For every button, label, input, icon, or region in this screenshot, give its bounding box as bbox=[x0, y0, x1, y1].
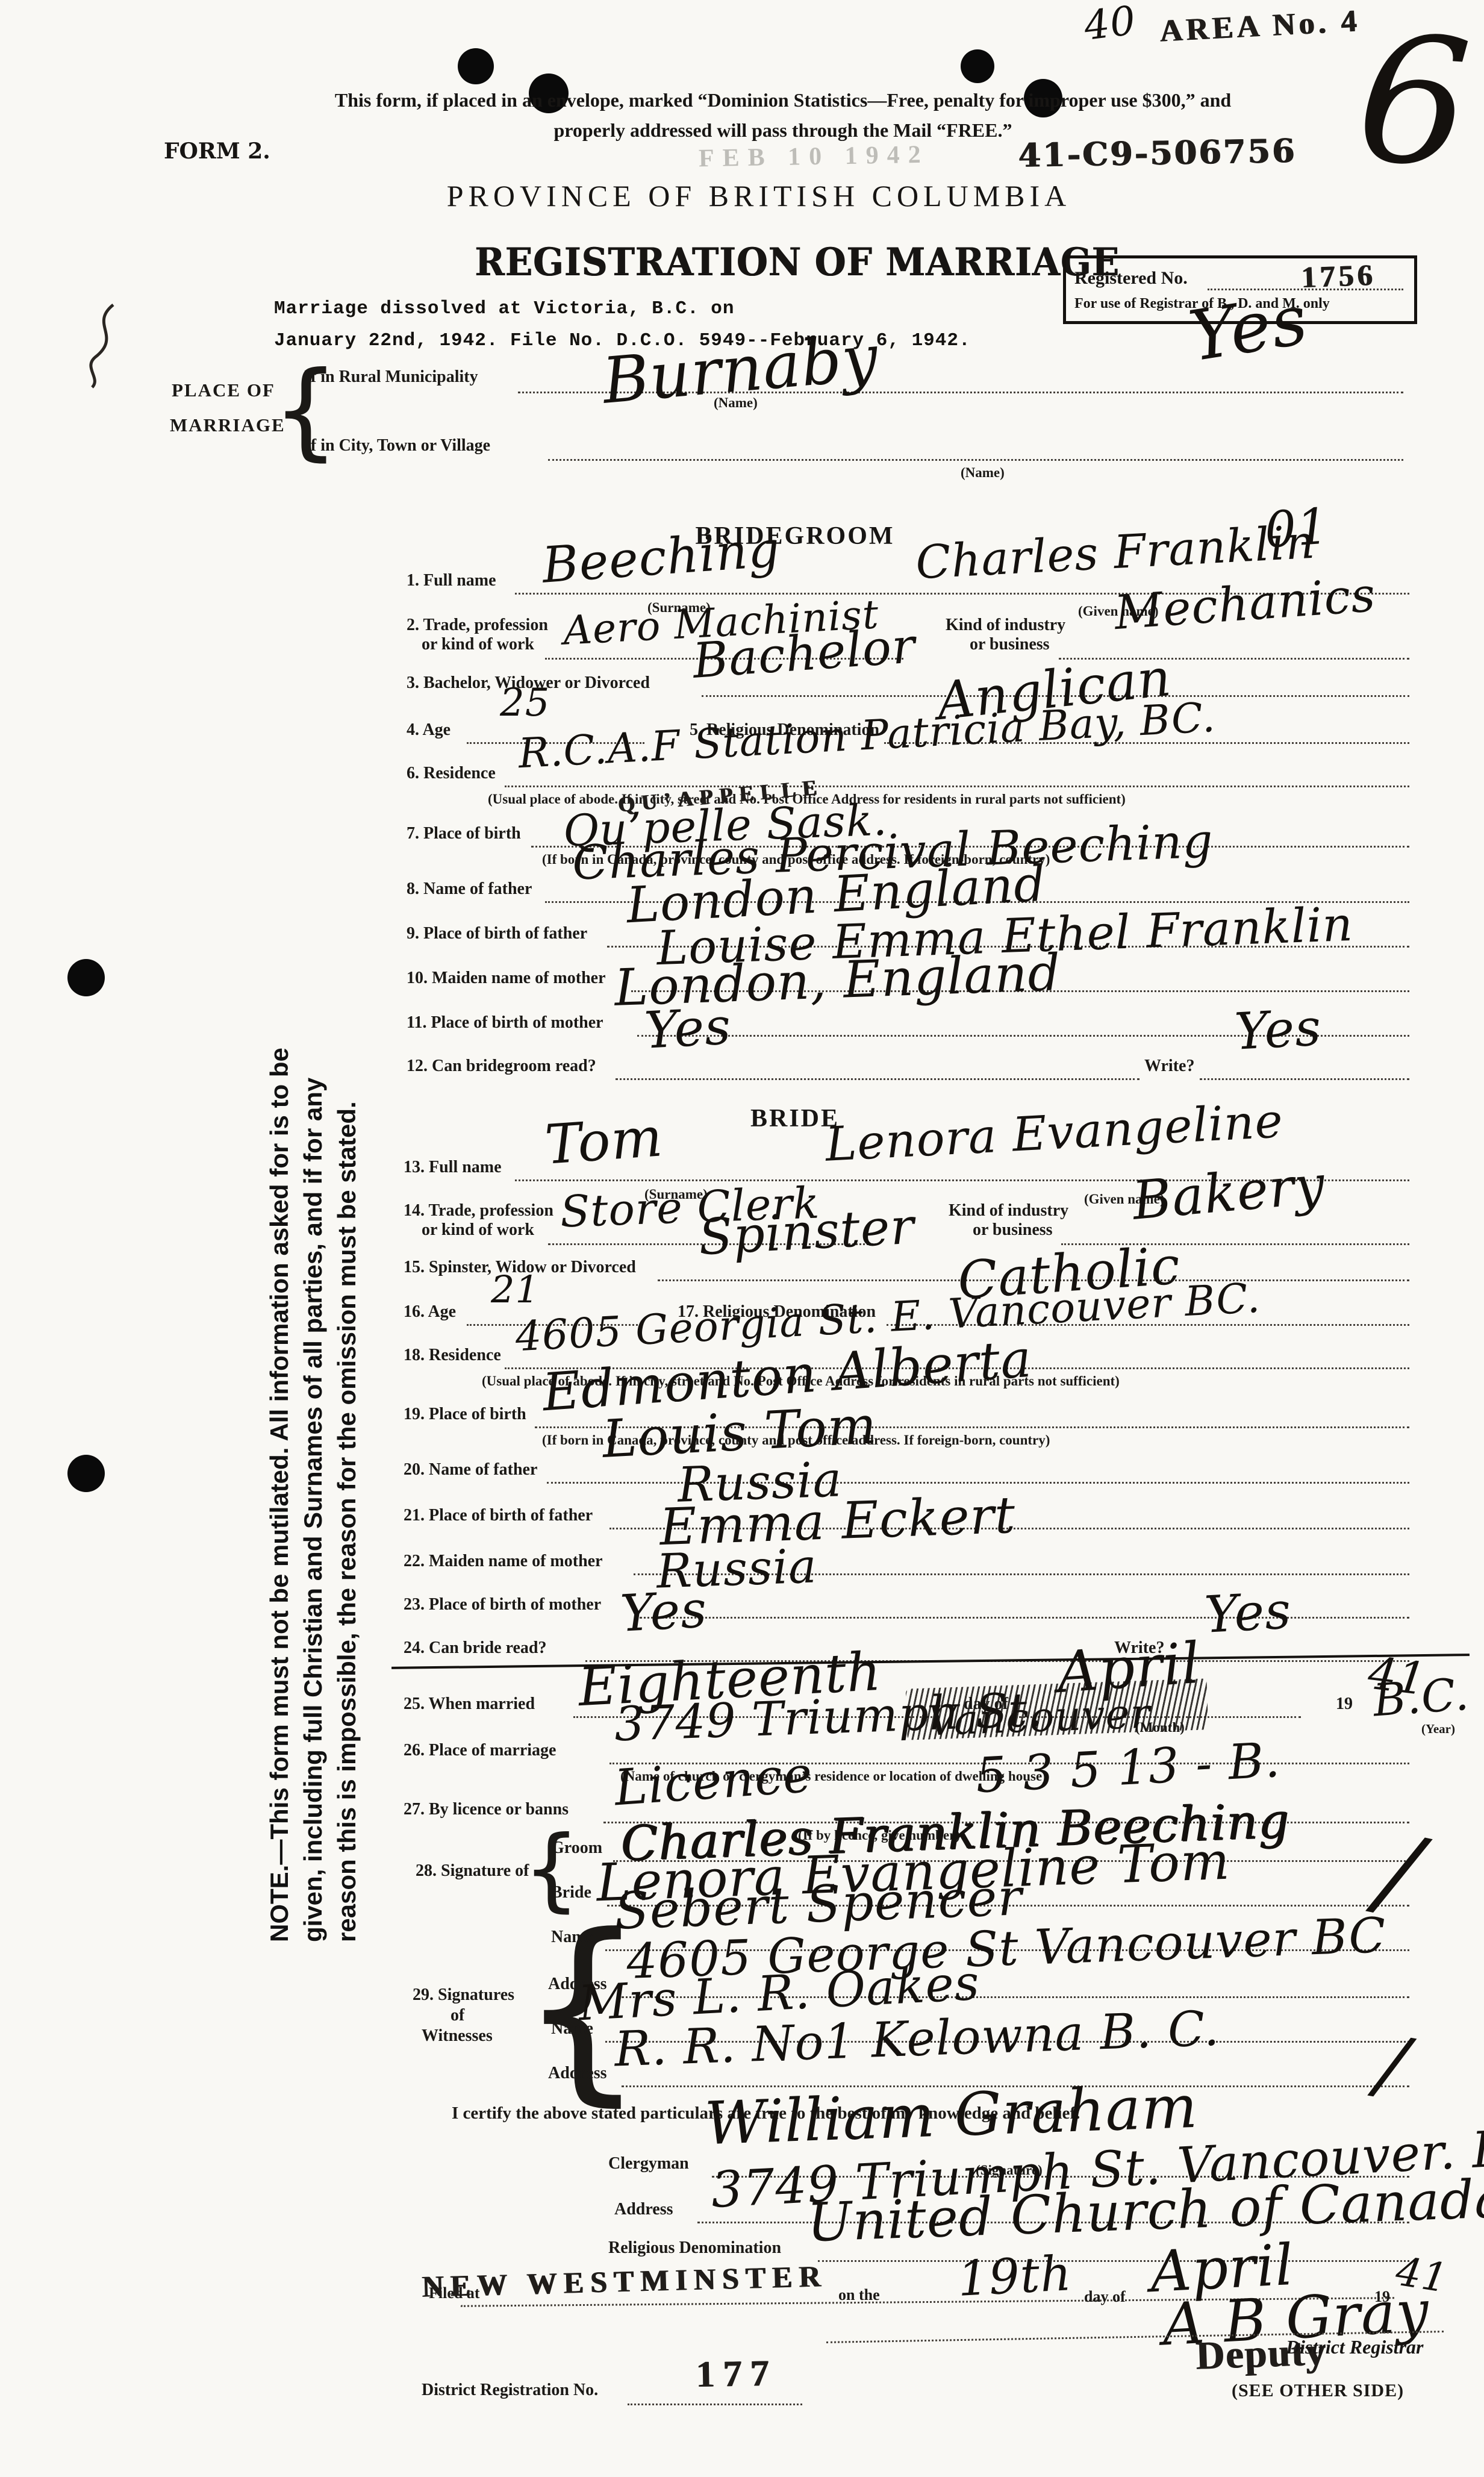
hole-punch bbox=[67, 959, 105, 996]
year-sub: (Year) bbox=[1421, 1722, 1455, 1737]
br-father-birth-label: 21. Place of birth of father bbox=[404, 1506, 593, 1525]
on-the-label: on the bbox=[838, 2286, 880, 2304]
typed-note-line1: Marriage dissolved at Victoria, B.C. on bbox=[274, 298, 735, 319]
main-title: REGISTRATION OF MARRIAGE bbox=[475, 240, 1120, 285]
licence-value: Licence bbox=[613, 1746, 814, 1817]
br-fullname-label: 13. Full name bbox=[404, 1158, 502, 1177]
br-read-value: Yes bbox=[619, 1579, 709, 1643]
bg-trade-label1: 2. Trade, profession bbox=[407, 616, 548, 635]
dotted-line bbox=[505, 786, 1409, 787]
br-mother-label: 22. Maiden name of mother bbox=[404, 1552, 603, 1571]
dotted-line bbox=[548, 459, 1403, 461]
denomination-label: Religious Denomination bbox=[608, 2238, 781, 2258]
bg-industry-value: Mechanics bbox=[1112, 568, 1377, 640]
bg-read-value: Yes bbox=[643, 996, 733, 1060]
see-other-side: (SEE OTHER SIDE) bbox=[1232, 2381, 1404, 2401]
place-province-value: B.C. bbox=[1371, 1669, 1471, 1727]
mail-notice-line1: This form, if placed in an envelope, mar… bbox=[253, 89, 1313, 111]
bg-age-label: 4. Age bbox=[407, 720, 450, 740]
dotted-line bbox=[1200, 1078, 1409, 1080]
side-note-line2: given, including full Christian and Surn… bbox=[296, 858, 330, 1942]
margin-scrawl: Yes bbox=[1184, 279, 1314, 377]
dotted-line bbox=[628, 2404, 802, 2405]
bg-fullname-label: 1. Full name bbox=[407, 571, 496, 590]
bg-age-value: 25 bbox=[500, 681, 550, 725]
district-registration-label: District Registration No. bbox=[422, 2381, 598, 2400]
dotted-line bbox=[818, 2260, 1409, 2262]
year-prefix: 19 bbox=[1336, 1695, 1353, 1714]
faint-date-stamp: FEB 10 1942 bbox=[699, 140, 929, 173]
clergyman-label: Clergyman bbox=[608, 2154, 689, 2173]
bg-write-value: Yes bbox=[1233, 998, 1323, 1061]
pen-stroke: / bbox=[1371, 2017, 1414, 2112]
pen-scribble bbox=[77, 300, 131, 390]
br-father-label: 20. Name of father bbox=[404, 1460, 537, 1479]
witnesses-label2: of bbox=[450, 2006, 464, 2025]
br-mother-birth-label: 23. Place of birth of mother bbox=[404, 1595, 601, 1614]
new-westminster-stamp: NEW WESTMINSTER bbox=[421, 2258, 827, 2304]
marriage-registration-document: 40 AREA No. 4 6 This form, if placed in … bbox=[0, 0, 1484, 2477]
bg-birthplace-label: 7. Place of birth bbox=[407, 824, 521, 843]
ink-blob bbox=[458, 48, 494, 84]
bg-father-birth-label: 9. Place of birth of father bbox=[407, 924, 587, 943]
br-residence-label: 18. Residence bbox=[404, 1346, 501, 1365]
br-industry-value: Bakery bbox=[1130, 1153, 1327, 1232]
br-write-value: Yes bbox=[1203, 1581, 1293, 1644]
side-note-line3: reason this is impossible, the reason fo… bbox=[330, 858, 364, 1942]
bg-read-label: 12. Can bridegroom read? bbox=[407, 1057, 596, 1076]
rural-name-sub: (Name) bbox=[714, 395, 758, 411]
witness1-name-label: Name bbox=[551, 1928, 593, 1947]
district-registration-value: 177 bbox=[695, 2352, 777, 2396]
br-birthplace-label: 19. Place of birth bbox=[404, 1405, 526, 1424]
form-number: FORM 2. bbox=[164, 139, 270, 164]
side-note-line1: NOTE.—This form must not be mutilated. A… bbox=[263, 858, 296, 1942]
place-of-marriage-label: 26. Place of marriage bbox=[404, 1741, 556, 1760]
clergyman-address-label: Address bbox=[614, 2200, 673, 2219]
bg-industry-label2: or business bbox=[970, 635, 1050, 654]
br-trade-label1: 14. Trade, profession bbox=[404, 1201, 553, 1220]
br-status-value: Spinster bbox=[697, 1198, 916, 1267]
br-industry-label2: or business bbox=[973, 1220, 1053, 1240]
city-town-village-label: If in City, Town or Village bbox=[304, 436, 490, 455]
bg-trade-label2: or kind of work bbox=[422, 635, 534, 654]
witnesses-label1: 29. Signatures bbox=[413, 1985, 514, 2005]
bg-father-label: 8. Name of father bbox=[407, 879, 532, 899]
br-age-value: 21 bbox=[491, 1267, 540, 1311]
br-read-label: 24. Can bride read? bbox=[404, 1638, 547, 1658]
province-title: PROVINCE OF BRITISH COLUMBIA bbox=[397, 178, 1120, 213]
groom-label: Groom bbox=[551, 1838, 602, 1858]
overstamp-scribble bbox=[906, 1678, 1209, 1740]
bg-surname-value: Beeching bbox=[540, 520, 782, 594]
witness2-address-label: Address bbox=[548, 2064, 607, 2083]
rural-municipality-label: If in Rural Municipality bbox=[304, 367, 478, 387]
serial-number-stamp: 41-C9-506756 bbox=[1017, 131, 1296, 175]
registered-no-value: 1756 bbox=[1300, 257, 1376, 295]
br-surname-value: Tom bbox=[543, 1105, 665, 1176]
area-code-handwritten: 40 bbox=[1082, 0, 1139, 49]
city-name-sub: (Name) bbox=[961, 465, 1005, 481]
licence-number-value: 5 3 5 13 - B. bbox=[974, 1732, 1282, 1804]
bg-mother-birth-label: 11. Place of birth of mother bbox=[407, 1013, 603, 1032]
br-trade-label2: or kind of work bbox=[422, 1220, 534, 1240]
big-figure-handwritten: 6 bbox=[1352, 11, 1476, 193]
bg-write-label: Write? bbox=[1144, 1057, 1194, 1076]
ink-blob bbox=[961, 49, 994, 83]
signature-of-label: 28. Signature of bbox=[416, 1861, 529, 1881]
filed-day-value: 19th bbox=[956, 2245, 1073, 2307]
bg-mother-label: 10. Maiden name of mother bbox=[407, 969, 606, 988]
district-registrar-label: District Registrar bbox=[1286, 2336, 1423, 2358]
br-industry-label1: Kind of industry bbox=[949, 1201, 1068, 1220]
dotted-line bbox=[640, 1617, 1409, 1619]
filed-day-of-label: day of bbox=[1084, 2288, 1126, 2306]
dotted-line bbox=[547, 1482, 1409, 1484]
place-of-marriage-heading2: MARRIAGE bbox=[170, 414, 285, 436]
when-married-label: 25. When married bbox=[404, 1695, 535, 1714]
area-stamp: AREA No. 4 bbox=[1159, 3, 1361, 49]
witnesses-label3: Witnesses bbox=[422, 2026, 493, 2046]
registered-no-label: Registered No. bbox=[1074, 268, 1188, 289]
bg-industry-label1: Kind of industry bbox=[946, 616, 1065, 635]
place-of-marriage-heading1: PLACE OF bbox=[172, 380, 275, 401]
side-note: NOTE.—This form must not be mutilated. A… bbox=[263, 858, 371, 1942]
bg-residence-label: 6. Residence bbox=[407, 764, 496, 783]
hole-punch bbox=[67, 1455, 105, 1492]
dotted-line bbox=[616, 1078, 1139, 1080]
bg-residence-value: R.C.A.F Station Patricia Bay, BC. bbox=[517, 694, 1217, 778]
br-age-label: 16. Age bbox=[404, 1302, 456, 1322]
